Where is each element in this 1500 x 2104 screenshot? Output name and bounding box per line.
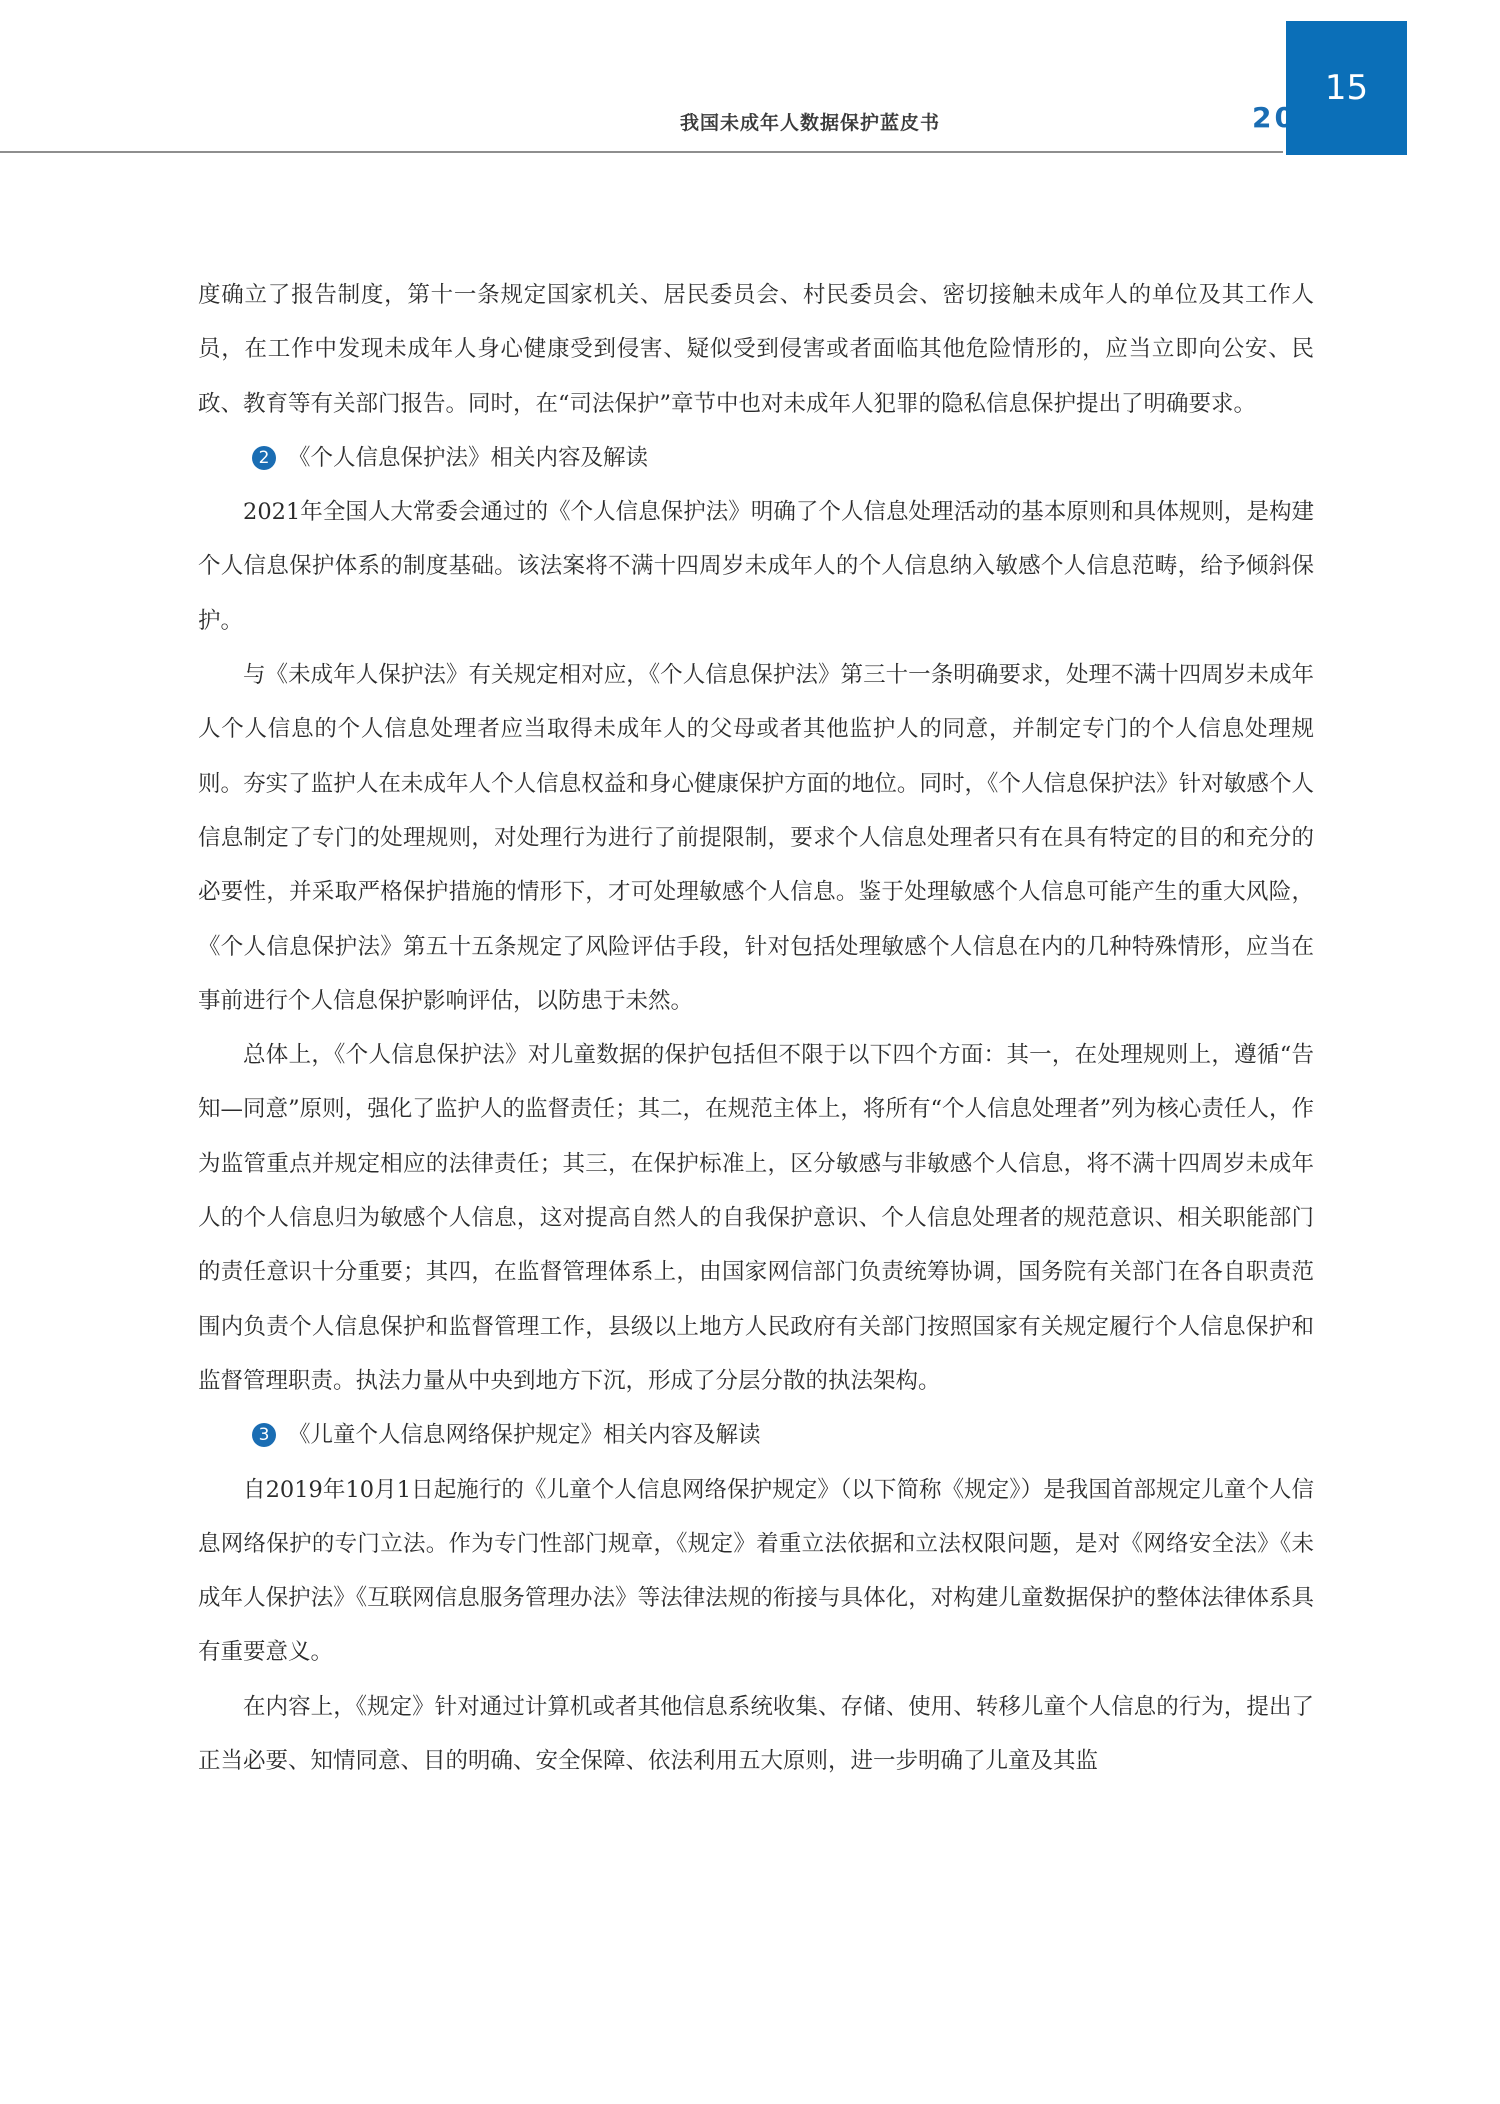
page-body: 度确立了报告制度，第十一条规定国家机关、居民委员会、村民委员会、密切接触未成年人…	[198, 268, 1314, 1788]
section-heading-3: 3 《儿童个人信息网络保护规定》相关内容及解读	[198, 1408, 1314, 1462]
number-circle-icon: 2	[252, 446, 276, 470]
number-circle-icon: 3	[252, 1423, 276, 1447]
section-title: 《儿童个人信息网络保护规定》相关内容及解读	[288, 1408, 761, 1462]
paragraph: 2021年全国人大常委会通过的《个人信息保护法》明确了个人信息处理活动的基本原则…	[198, 485, 1314, 648]
paragraph: 在内容上，《规定》针对通过计算机或者其他信息系统收集、存储、使用、转移儿童个人信…	[198, 1680, 1314, 1789]
header-divider	[0, 151, 1283, 153]
section-heading-2: 2 《个人信息保护法》相关内容及解读	[198, 431, 1314, 485]
paragraph: 与《未成年人保护法》有关规定相对应，《个人信息保护法》第三十一条明确要求，处理不…	[198, 648, 1314, 1028]
paragraph: 度确立了报告制度，第十一条规定国家机关、居民委员会、村民委员会、密切接触未成年人…	[198, 268, 1314, 431]
paragraph: 总体上，《个人信息保护法》对儿童数据的保护包括但不限于以下四个方面：其一，在处理…	[198, 1028, 1314, 1408]
paragraph: 自2019年10月1日起施行的《儿童个人信息网络保护规定》（以下简称《规定》）是…	[198, 1463, 1314, 1680]
section-title: 《个人信息保护法》相关内容及解读	[288, 431, 648, 485]
page-number: 15	[1325, 68, 1368, 108]
page-number-box: 15	[1286, 21, 1407, 155]
running-header-title: 我国未成年人数据保护蓝皮书	[680, 108, 940, 135]
